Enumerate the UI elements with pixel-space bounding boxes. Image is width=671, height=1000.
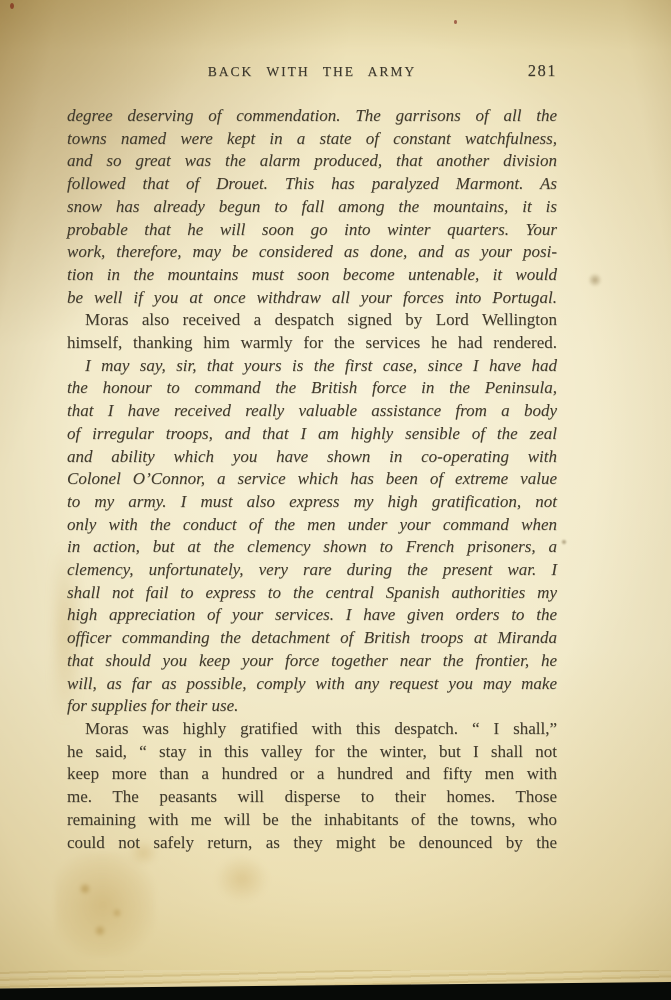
red-speck (454, 20, 457, 24)
chapter-title: BACK WITH THE ARMY (67, 64, 557, 80)
text-line: will, as far as possible, comply with an… (67, 673, 557, 696)
text-line: the honour to command the British force … (67, 377, 557, 400)
text-line: and ability which you have shown in co-o… (67, 446, 557, 469)
book-page-paper: BACK WITH THE ARMY 281 degree deserving … (0, 0, 671, 1000)
text-line: shall not fail to express to the central… (67, 582, 557, 605)
text-line: remaining with me will be the inhabitant… (67, 809, 557, 832)
page-body: degree deserving of commendation. The ga… (67, 105, 557, 854)
text-line: followed that of Drouet. This has paraly… (67, 173, 557, 196)
text-line: in action, but at the clemency shown to … (67, 536, 557, 559)
scanned-book-page: BACK WITH THE ARMY 281 degree deserving … (0, 0, 671, 1000)
foxing-stain (55, 852, 155, 957)
text-line: Moras was highly gratified with this des… (67, 718, 557, 741)
text-line: clemency, unfortunately, very rare durin… (67, 559, 557, 582)
text-line: officer commanding the detachment of Bri… (67, 627, 557, 650)
text-line: me. The peasants will disperse to their … (67, 786, 557, 809)
text-line: that should you keep your force together… (67, 650, 557, 673)
text-line: towns named were kept in a state of cons… (67, 128, 557, 151)
text-line: I may say, sir, that yours is the first … (67, 355, 557, 378)
text-line: be well if you at once withdraw all your… (67, 287, 557, 310)
page-number: 281 (528, 61, 557, 81)
text-line: snow has already begun to fall among the… (67, 196, 557, 219)
text-line: of irregular troops, and that I am highl… (67, 423, 557, 446)
text-line: tion in the mountains must soon become u… (67, 264, 557, 287)
text-line: probable that he will soon go into winte… (67, 219, 557, 242)
paper-spot (561, 539, 567, 545)
paper-spot (588, 273, 602, 287)
text-line: only with the conduct of the men under y… (67, 514, 557, 537)
text-line: Colonel O’Connor, a service which has be… (67, 468, 557, 491)
text-line: for supplies for their use. (67, 695, 557, 718)
text-line: keep more than a hundred or a hundred an… (67, 763, 557, 786)
text-line: he said, “ stay in this valley for the w… (67, 741, 557, 764)
text-line: and so great was the alarm produced, tha… (67, 150, 557, 173)
text-block: BACK WITH THE ARMY 281 degree deserving … (67, 64, 557, 854)
foxing-stain (216, 856, 268, 902)
text-line: work, therefore, may be considered as do… (67, 241, 557, 264)
red-speck (10, 3, 14, 9)
text-line: high appreciation of your services. I ha… (67, 604, 557, 627)
text-line: himself, thanking him warmly for the ser… (67, 332, 557, 355)
running-header: BACK WITH THE ARMY 281 (67, 64, 557, 84)
text-line: degree deserving of commendation. The ga… (67, 105, 557, 128)
text-line: that I have received really valuable ass… (67, 400, 557, 423)
text-line: Moras also received a despatch signed by… (67, 309, 557, 332)
text-line: could not safely return, as they might b… (67, 832, 557, 855)
text-line: to my army. I must also express my high … (67, 491, 557, 514)
